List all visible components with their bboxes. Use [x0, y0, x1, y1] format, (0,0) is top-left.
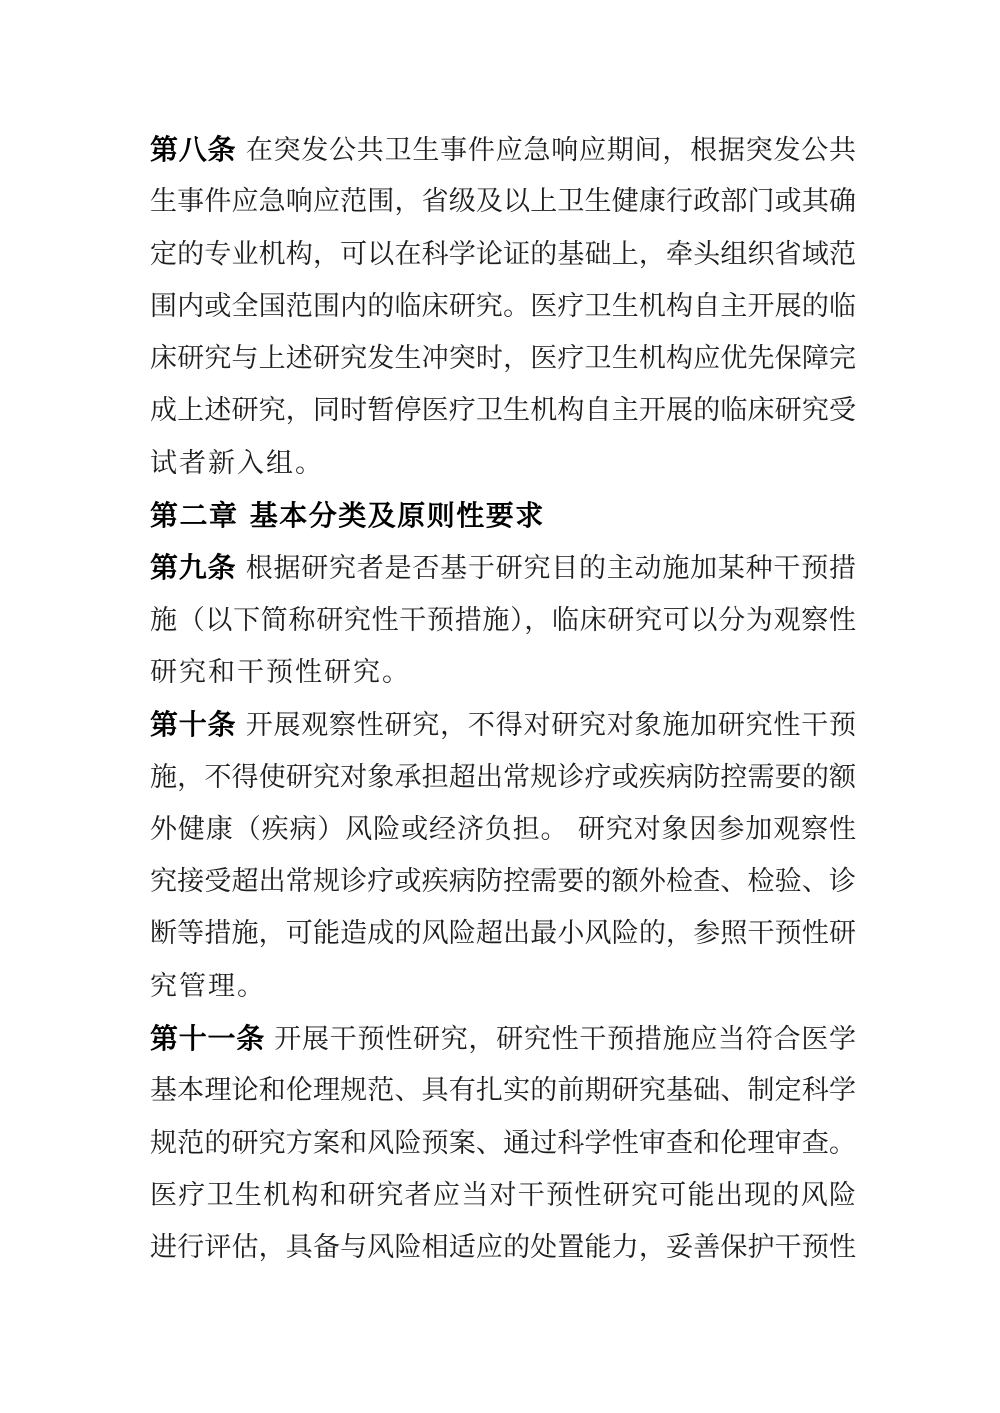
line-text: 研究和干预性研究。 [150, 657, 411, 688]
line-text: 定的专业机构，可以在科学论证的基础上，牵头组织省域范 [150, 239, 856, 270]
document-content: 第八条 在突发公共卫生事件应急响应期间，根据突发公共卫生事件应急响应范围，省级及… [150, 124, 856, 1275]
article-line: 第八条 在突发公共卫生事件应急响应期间，根据突发公共卫 [150, 124, 856, 176]
line-text: 规范的研究方案和风险预案、通过科学性审查和伦理审查。 [150, 1128, 856, 1159]
article-line: 第九条 根据研究者是否基于研究目的主动施加某种干预措 [150, 542, 856, 594]
article-line: 第十一条 开展干预性研究，研究性干预措施应当符合医学的 [150, 1013, 856, 1065]
body-line: 究接受超出常规诊疗或疾病防控需要的额外检查、检验、诊 [150, 856, 856, 908]
line-text: 医疗卫生机构和研究者应当对干预性研究可能出现的风险 [150, 1180, 856, 1211]
body-line: 围内或全国范围内的临床研究。医疗卫生机构自主开展的临 [150, 281, 856, 333]
document-page: 第八条 在突发公共卫生事件应急响应期间，根据突发公共卫生事件应急响应范围，省级及… [0, 0, 1000, 1413]
line-text: 施（以下简称研究性干预措施），临床研究可以分为观察性 [150, 605, 856, 636]
body-line: 研究和干预性研究。 [150, 647, 856, 699]
line-text: 究接受超出常规诊疗或疾病防控需要的额外检查、检验、诊 [150, 866, 856, 897]
body-line: 试者新入组。 [150, 438, 856, 490]
body-line: 究管理。 [150, 961, 856, 1013]
line-text: 第二章 基本分类及原则性要求 [150, 499, 545, 532]
body-line: 成上述研究，同时暂停医疗卫生机构自主开展的临床研究受 [150, 385, 856, 437]
line-text: 成上述研究，同时暂停医疗卫生机构自主开展的临床研究受 [150, 395, 856, 426]
chapter-heading: 第二章 基本分类及原则性要求 [150, 490, 856, 542]
line-text: 究管理。 [150, 971, 266, 1002]
line-text: 进行评估，具备与风险相适应的处置能力，妥善保护干预性 [150, 1232, 856, 1263]
article-number: 第十一条 [150, 1022, 265, 1055]
line-text: 生事件应急响应范围，省级及以上卫生健康行政部门或其确 [150, 186, 856, 217]
line-text: 试者新入组。 [150, 448, 324, 479]
body-line: 施（以下简称研究性干预措施），临床研究可以分为观察性 [150, 595, 856, 647]
line-text: 施，不得使研究对象承担超出常规诊疗或疾病防控需要的额 [150, 762, 856, 793]
line-text: 床研究与上述研究发生冲突时，医疗卫生机构应优先保障完 [150, 343, 856, 374]
line-text: 外健康（疾病）风险或经济负担。 研究对象因参加观察性研 [150, 814, 856, 856]
body-line: 定的专业机构，可以在科学论证的基础上，牵头组织省域范 [150, 229, 856, 281]
body-line: 断等措施，可能造成的风险超出最小风险的，参照干预性研 [150, 908, 856, 960]
body-line: 施，不得使研究对象承担超出常规诊疗或疾病防控需要的额 [150, 752, 856, 804]
line-text: 围内或全国范围内的临床研究。医疗卫生机构自主开展的临 [150, 291, 856, 322]
line-text: 在突发公共卫生事件应急响应期间，根据突发公共卫 [150, 135, 856, 176]
body-line: 床研究与上述研究发生冲突时，医疗卫生机构应优先保障完 [150, 333, 856, 385]
body-line: 外健康（疾病）风险或经济负担。 研究对象因参加观察性研 [150, 804, 856, 856]
line-text: 根据研究者是否基于研究目的主动施加某种干预措 [246, 553, 856, 584]
body-line: 生事件应急响应范围，省级及以上卫生健康行政部门或其确 [150, 176, 856, 228]
article-line: 第十条 开展观察性研究，不得对研究对象施加研究性干预措 [150, 699, 856, 751]
body-line: 规范的研究方案和风险预案、通过科学性审查和伦理审查。 [150, 1118, 856, 1170]
body-line: 医疗卫生机构和研究者应当对干预性研究可能出现的风险 [150, 1170, 856, 1222]
line-text: 开展观察性研究，不得对研究对象施加研究性干预措 [150, 710, 856, 751]
article-number: 第八条 [150, 133, 236, 166]
article-number: 第九条 [150, 551, 236, 584]
line-text: 断等措施，可能造成的风险超出最小风险的，参照干预性研 [150, 918, 856, 949]
body-line: 进行评估，具备与风险相适应的处置能力，妥善保护干预性 [150, 1222, 856, 1274]
body-line: 基本理论和伦理规范、具有扎实的前期研究基础、制定科学 [150, 1065, 856, 1117]
line-text: 基本理论和伦理规范、具有扎实的前期研究基础、制定科学 [150, 1075, 856, 1106]
article-number: 第十条 [150, 708, 236, 741]
